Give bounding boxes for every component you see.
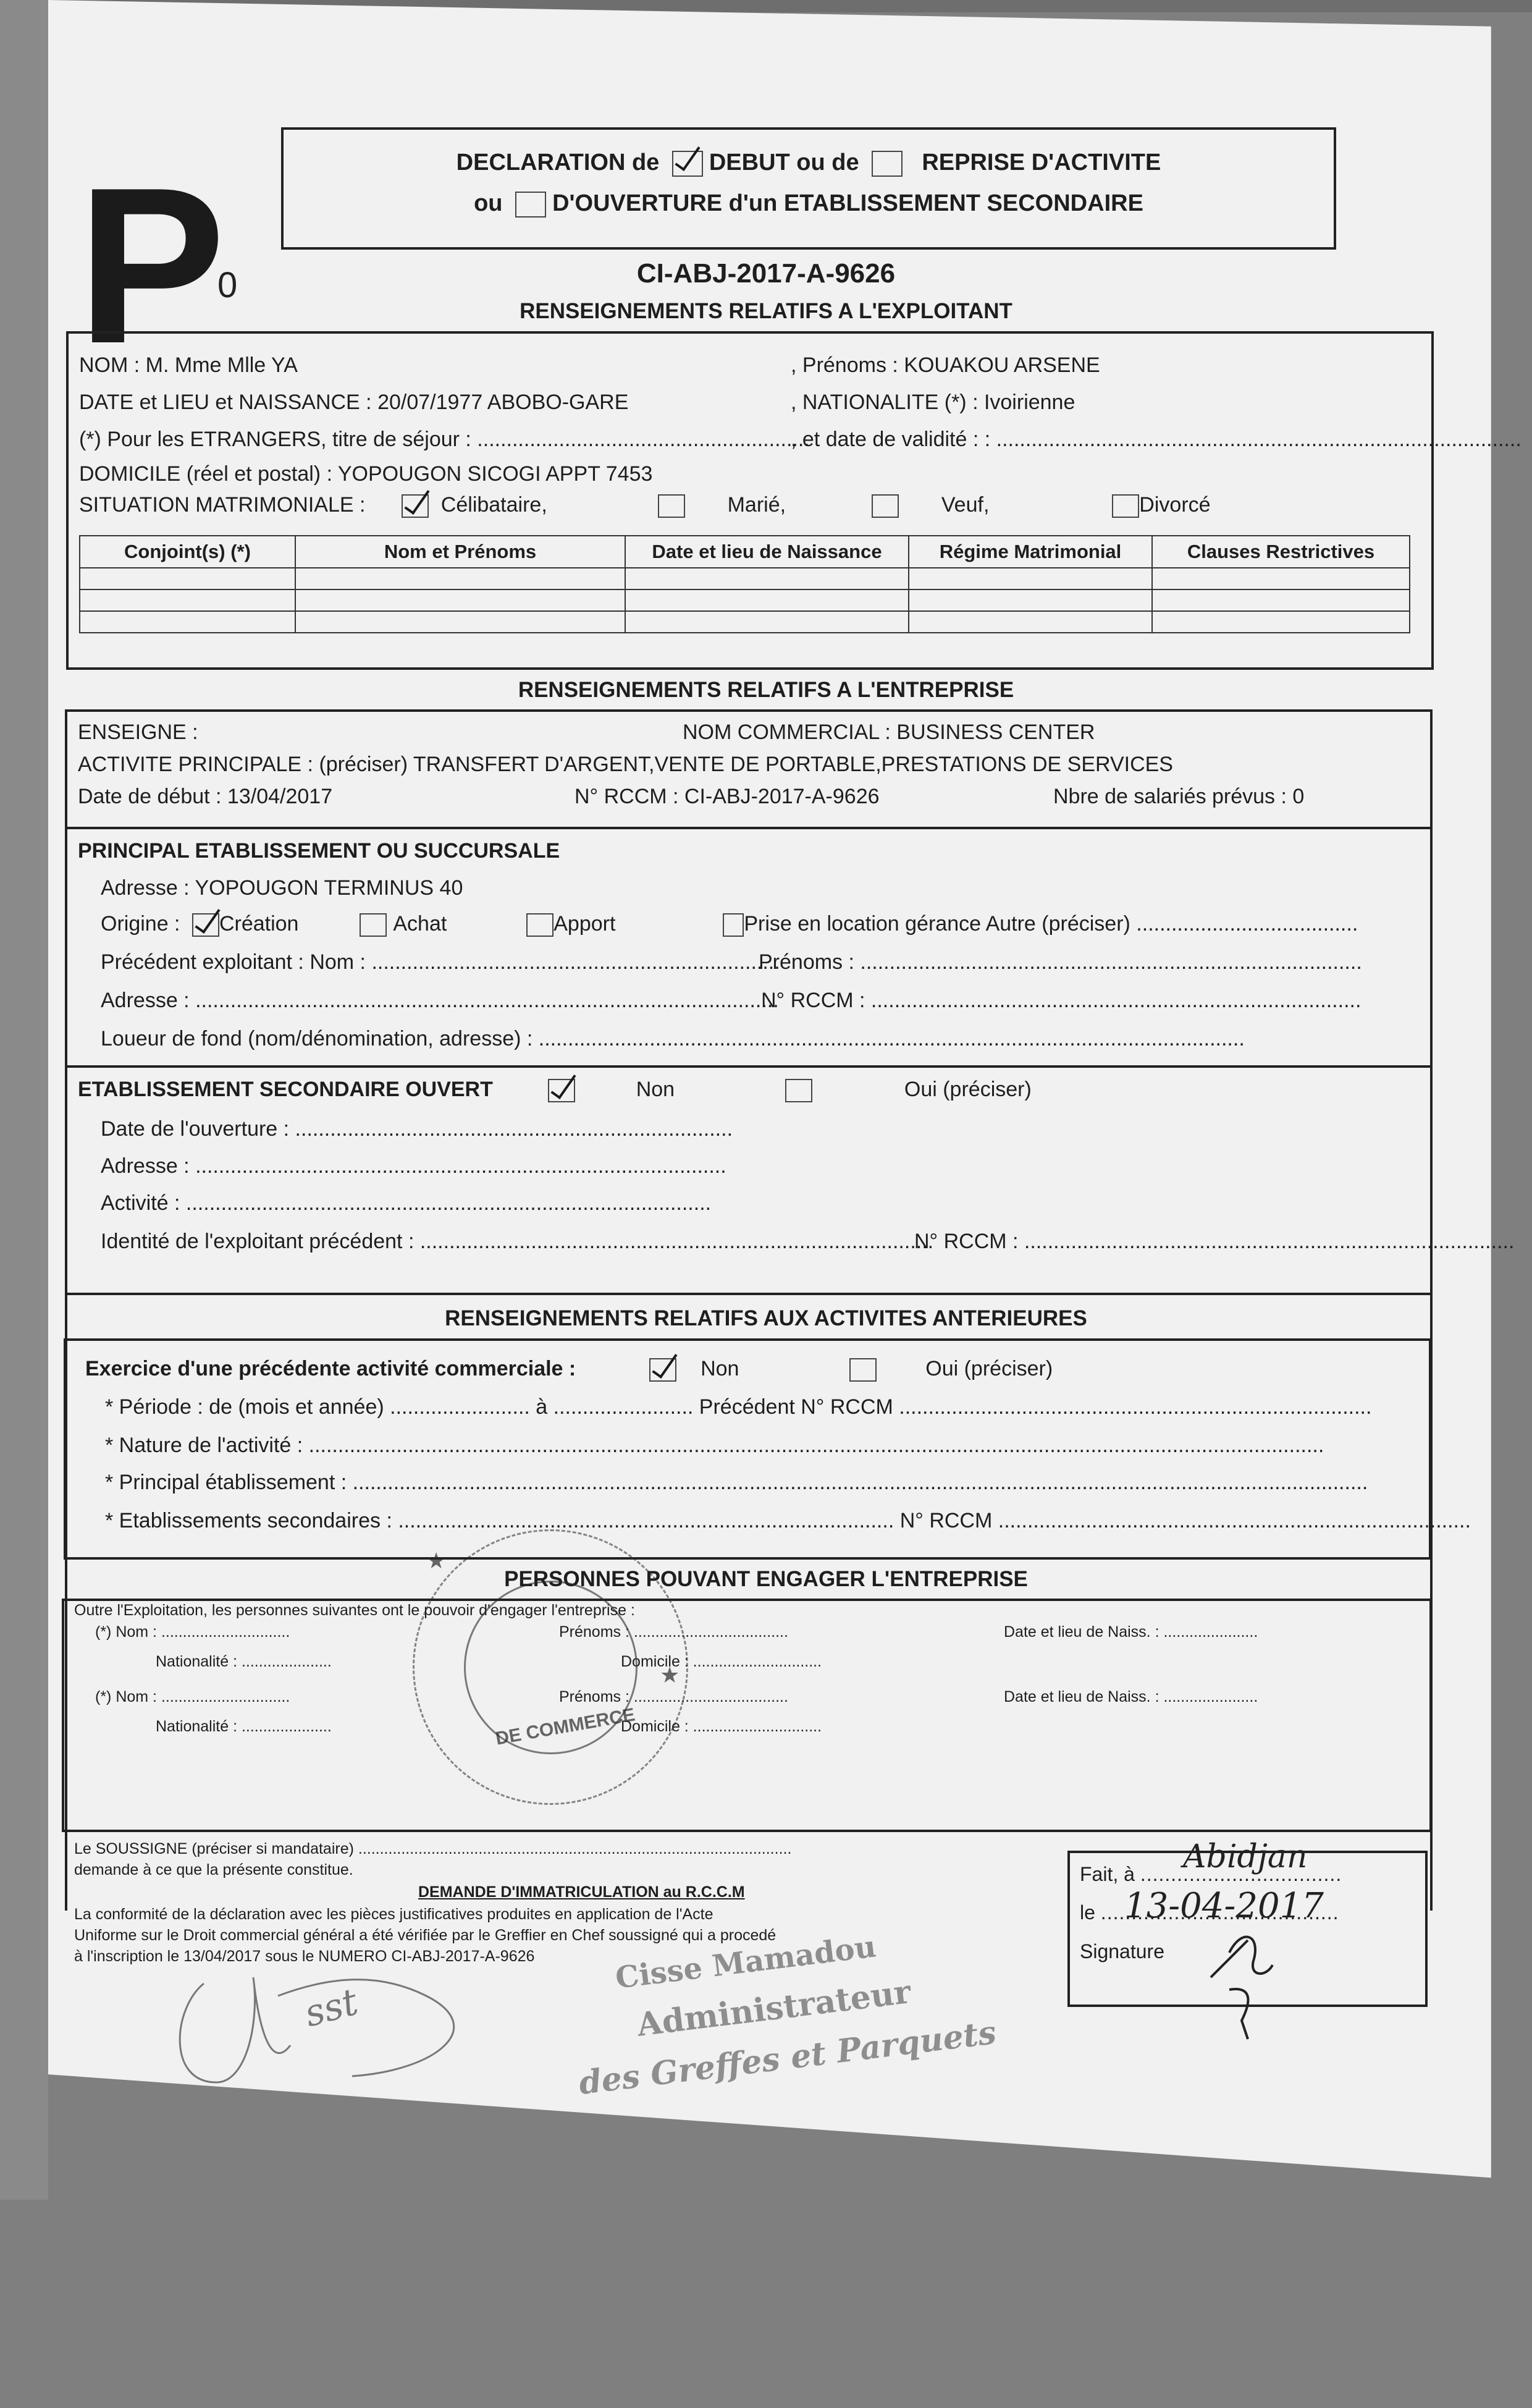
svg-text:sst: sst — [300, 1980, 363, 2035]
label-exercice-oui: Oui (préciser) — [925, 1357, 1053, 1380]
exercice-label: Exercice d'une précédente activité comme… — [85, 1357, 576, 1380]
label-secondaire-non: Non — [636, 1078, 675, 1101]
cell[interactable] — [295, 589, 625, 611]
field-etrangers: (*) Pour les ETRANGERS, titre de séjour … — [79, 428, 810, 452]
cell[interactable] — [80, 568, 295, 589]
checkbox-creation[interactable] — [192, 913, 219, 937]
col-date-lieu: Date et lieu de Naissance — [625, 536, 909, 568]
checkbox-apport[interactable] — [526, 913, 553, 937]
col-regime: Régime Matrimonial — [909, 536, 1152, 568]
declaration-box: DECLARATION de DEBUT ou de REPRISE D'ACT… — [281, 127, 1336, 250]
demande: demande à ce que la présente constitue. — [74, 1861, 353, 1879]
signature-label: Signature — [1080, 1940, 1164, 1963]
field-nationalite: , NATIONALITE (*) : Ivoirienne — [791, 391, 1075, 415]
cell[interactable] — [295, 568, 625, 589]
secondaire-date-ouverture: Date de l'ouverture : ..................… — [101, 1117, 733, 1141]
divider — [65, 1293, 1430, 1295]
secondaire-row: ETABLISSEMENT SECONDAIRE OUVERT Non Oui … — [78, 1078, 1032, 1102]
loueur-de-fond: Loueur de fond (nom/dénomination, adress… — [101, 1027, 1245, 1051]
label-reprise: REPRISE D'ACTIVITE — [922, 150, 1161, 175]
secondaire-rccm: N° RCCM : ..............................… — [914, 1230, 1514, 1254]
conjoint-table-header: Conjoint(s) (*) Nom et Prénoms Date et l… — [80, 536, 1410, 568]
section-title-entreprise: RENSEIGNEMENTS RELATIFS A L'ENTREPRISE — [0, 678, 1532, 703]
principal-title: PRINCIPAL ETABLISSEMENT OU SUCCURSALE — [78, 839, 560, 863]
checkbox-prise-location[interactable] — [723, 913, 744, 937]
checkbox-celibataire[interactable] — [402, 494, 429, 518]
label-divorce: Divorcé — [1139, 493, 1210, 517]
cell[interactable] — [1152, 568, 1410, 589]
declaration-line-1: DECLARATION de DEBUT ou de REPRISE D'ACT… — [284, 150, 1334, 177]
secondaire-title: ETABLISSEMENT SECONDAIRE OUVERT — [78, 1078, 493, 1101]
cell[interactable] — [1152, 611, 1410, 633]
immatriculation-title: DEMANDE D'IMMATRICULATION au R.C.C.M — [418, 1883, 745, 1901]
label-veuf: Veuf, — [941, 493, 990, 517]
field-activite-principale: ACTIVITE PRINCIPALE : (préciser) TRANSFE… — [78, 753, 1173, 777]
scan-border-left — [0, 0, 48, 2200]
fait-a-label: Fait, à — [1080, 1863, 1135, 1885]
secondaire-identite: Identité de l'exploitant précédent : ...… — [101, 1230, 933, 1254]
exploitant-signature — [1205, 1922, 1291, 2045]
field-salaries: Nbre de salariés prévus : 0 — [1053, 785, 1304, 809]
cell[interactable] — [295, 611, 625, 633]
field-nom: NOM : M. Mme Mlle YA — [79, 353, 298, 378]
soussigne: Le SOUSSIGNE (préciser si mandataire) ..… — [74, 1840, 791, 1858]
col-clauses: Clauses Restrictives — [1152, 536, 1410, 568]
secondaire-adresse: Adresse : ..............................… — [101, 1154, 726, 1178]
checkbox-divorce[interactable] — [1112, 494, 1139, 518]
anterieures-secondaires: * Etablissements secondaires : .........… — [105, 1509, 1471, 1533]
label-exercice-non: Non — [701, 1357, 739, 1380]
cell[interactable] — [80, 611, 295, 633]
table-row — [80, 589, 1410, 611]
principal-rccm-2: N° RCCM : ..............................… — [761, 989, 1361, 1013]
conformite-line-1: La conformité de la déclaration avec les… — [74, 1906, 713, 1924]
field-date-debut: Date de début : 13/04/2017 — [78, 785, 332, 809]
cell[interactable] — [1152, 589, 1410, 611]
label-marie: Marié, — [728, 493, 786, 517]
conformite-line-2: Uniforme sur le Droit commercial général… — [74, 1927, 776, 1945]
principal-adresse-2: Adresse : ..............................… — [101, 989, 779, 1013]
person-2-nom: (*) Nom : .............................. — [95, 1688, 290, 1706]
field-enseigne: ENSEIGNE : — [78, 720, 198, 745]
col-nom-prenoms: Nom et Prénoms — [295, 536, 625, 568]
field-prenoms: , Prénoms : KOUAKOU ARSENE — [791, 353, 1100, 378]
checkbox-achat[interactable] — [360, 913, 387, 937]
cell[interactable] — [909, 589, 1152, 611]
anterieures-periode: * Période : de (mois et année) .........… — [105, 1395, 1371, 1419]
principal-adresse: Adresse : YOPOUGON TERMINUS 40 — [101, 876, 463, 900]
exercice-row: Exercice d'une précédente activité comme… — [85, 1357, 1053, 1382]
cell[interactable] — [909, 568, 1152, 589]
cell[interactable] — [625, 568, 909, 589]
divider — [65, 827, 1430, 829]
person-1-nom: (*) Nom : .............................. — [95, 1623, 290, 1641]
col-conjoint: Conjoint(s) (*) — [80, 536, 295, 568]
person-2-nationalite: Nationalité : ..................... — [156, 1718, 332, 1736]
checkbox-exercice-oui[interactable] — [849, 1358, 877, 1382]
checkbox-exercice-non[interactable] — [649, 1358, 676, 1382]
checkbox-debut[interactable] — [672, 151, 703, 177]
field-validite: , et date de validité : : ..............… — [791, 428, 1521, 452]
origine-row: Origine : Création Achat Apport Prise en… — [101, 912, 1358, 937]
declaration-ou: ou — [474, 190, 502, 216]
cell[interactable] — [625, 589, 909, 611]
precedent-prenoms: Prénoms : ..............................… — [759, 950, 1362, 974]
anterieures-nature: * Nature de l'activité : ...............… — [105, 1434, 1324, 1458]
tribunal-stamp: DE COMMERCE — [413, 1529, 688, 1805]
checkbox-ouverture[interactable] — [515, 192, 546, 218]
label-achat: Achat — [393, 912, 447, 936]
checkbox-secondaire-oui[interactable] — [785, 1079, 812, 1102]
label-celibataire: Célibataire, — [441, 493, 547, 517]
field-domicile: DOMICILE (réel et postal) : YOPOUGON SIC… — [79, 462, 652, 486]
fait-a-value[interactable]: Abidjan — [1183, 1838, 1307, 1875]
person-2-naiss: Date et lieu de Naiss. : ...............… — [1004, 1688, 1258, 1706]
field-nom-commercial: NOM COMMERCIAL : BUSINESS CENTER — [683, 720, 1095, 745]
table-row — [80, 568, 1410, 589]
field-rccm: N° RCCM : CI-ABJ-2017-A-9626 — [574, 785, 880, 809]
declaration-prefix: DECLARATION de — [457, 150, 660, 175]
label-creation: Création — [219, 912, 299, 936]
label-apport: Apport — [553, 912, 615, 936]
precedent-nom: Précédent exploitant : Nom : ...........… — [101, 950, 780, 974]
anterieures-principal: * Principal établissement : ............… — [105, 1471, 1368, 1495]
checkbox-reprise[interactable] — [872, 151, 903, 177]
le-label: le — [1080, 1901, 1095, 1924]
section-title-anterieures: RENSEIGNEMENTS RELATIFS AUX ACTIVITES AN… — [0, 1306, 1532, 1331]
conjoint-table: Conjoint(s) (*) Nom et Prénoms Date et l… — [79, 535, 1410, 633]
situation-matrimoniale: SITUATION MATRIMONIALE : Célibataire, Ma… — [79, 493, 1211, 518]
label-debut: DEBUT ou de — [709, 150, 859, 175]
greffier-signature: sst — [167, 1959, 537, 2101]
label-secondaire-oui: Oui (préciser) — [904, 1078, 1032, 1101]
label-prise-location: Prise en location gérance Autre (précise… — [744, 912, 1358, 936]
situation-label: SITUATION MATRIMONIALE : — [79, 493, 365, 517]
star-icon: ★ — [426, 1548, 446, 1574]
checkbox-marie[interactable] — [658, 494, 685, 518]
checkbox-secondaire-non[interactable] — [548, 1079, 575, 1102]
le-value[interactable]: 13-04-2017 — [1124, 1886, 1324, 1926]
secondaire-activite: Activité : .............................… — [101, 1191, 711, 1215]
person-1-naiss: Date et lieu de Naiss. : ...............… — [1004, 1623, 1258, 1641]
cell[interactable] — [625, 611, 909, 633]
label-ouverture: D'OUVERTURE d'un ETABLISSEMENT SECONDAIR… — [552, 190, 1143, 216]
field-naissance: DATE et LIEU et NAISSANCE : 20/07/1977 A… — [79, 391, 628, 415]
cell[interactable] — [909, 611, 1152, 633]
person-1-nationalite: Nationalité : ..................... — [156, 1653, 332, 1671]
table-row — [80, 611, 1410, 633]
checkbox-veuf[interactable] — [872, 494, 899, 518]
section-title-personnes: PERSONNES POUVANT ENGAGER L'ENTREPRISE — [0, 1567, 1532, 1592]
divider — [65, 1065, 1430, 1068]
section-title-exploitant: RENSEIGNEMENTS RELATIFS A L'EXPLOITANT — [0, 299, 1532, 324]
cell[interactable] — [80, 589, 295, 611]
declaration-line-2: ou D'OUVERTURE d'un ETABLISSEMENT SECOND… — [284, 190, 1334, 218]
rccm-number: CI-ABJ-2017-A-9626 — [0, 258, 1532, 289]
origine-label: Origine : — [101, 912, 180, 936]
star-icon: ★ — [660, 1662, 680, 1688]
